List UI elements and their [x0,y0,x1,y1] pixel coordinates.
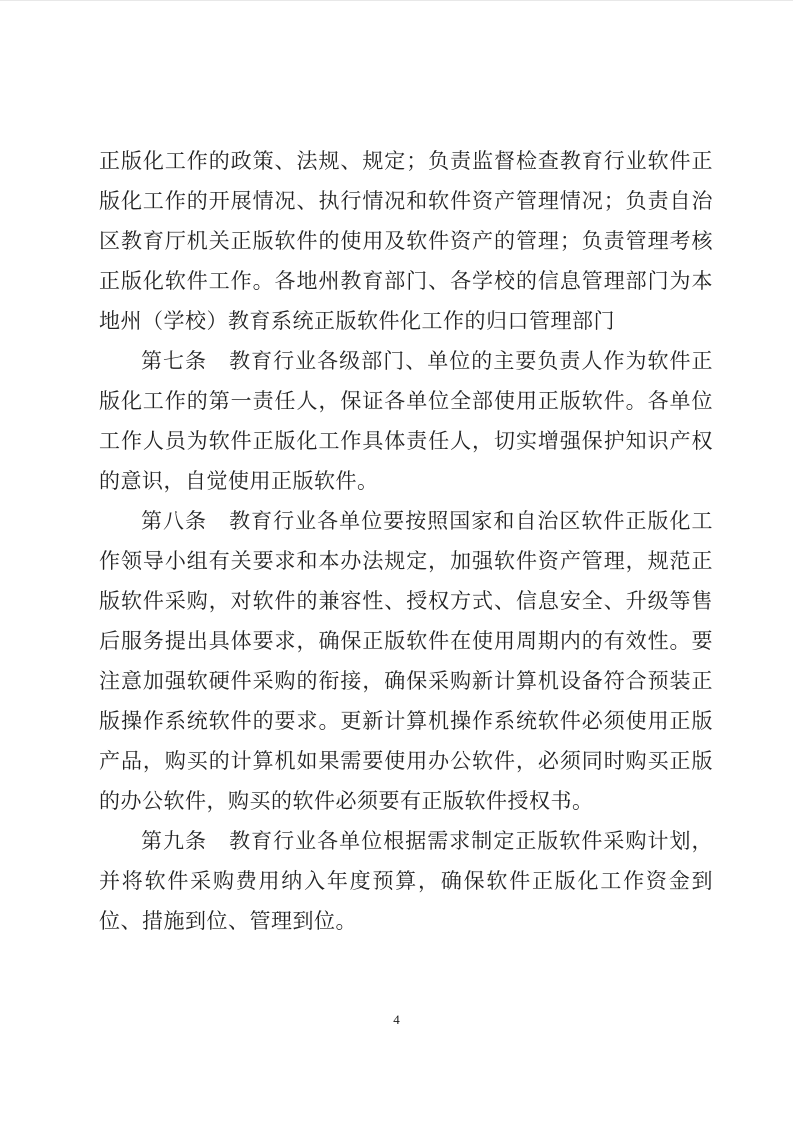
document-page: 正版化工作的政策、法规、规定；负责监督检查教育行业软件正版化工作的开展情况、执行… [0,0,793,1122]
paragraph-article-7: 第七条 教育行业各级部门、单位的主要负责人作为软件正版化工作的第一责任人，保证各… [99,341,713,501]
paragraph-article-9: 第九条 教育行业各单位根据需求制定正版软件采购计划，并将软件采购费用纳入年度预算… [99,821,713,941]
page-number: 4 [393,1012,400,1027]
page-footer: 4 [0,1011,793,1029]
document-body-text: 正版化工作的政策、法规、规定；负责监督检查教育行业软件正版化工作的开展情况、执行… [99,141,713,941]
paragraph-article-8: 第八条 教育行业各单位要按照国家和自治区软件正版化工作领导小组有关要求和本办法规… [99,501,713,821]
paragraph-continued-from-previous-page: 正版化工作的政策、法规、规定；负责监督检查教育行业软件正版化工作的开展情况、执行… [99,141,713,341]
